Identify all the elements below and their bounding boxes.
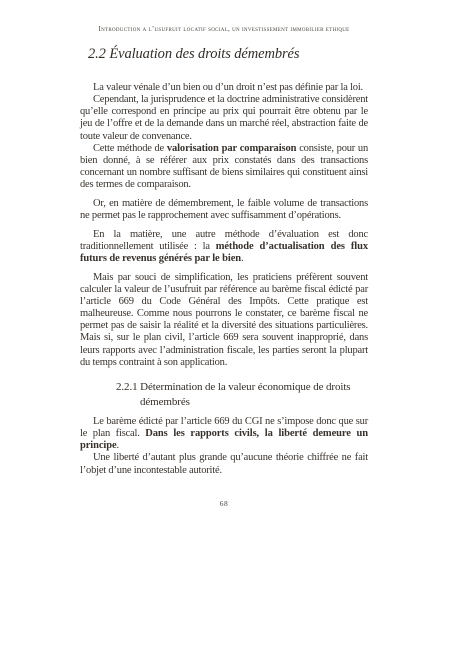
page-number: 68 bbox=[80, 499, 368, 508]
body-text: La valeur vénale d’un bien ou d’un droit… bbox=[80, 82, 368, 477]
paragraph-bareme-fiscal: Mais par souci de simplification, les pr… bbox=[80, 272, 368, 369]
subsection-title: 2.2.1 Détermination de la valeur économi… bbox=[116, 380, 382, 410]
section-title: 2.2 Évaluation des droits démembrés bbox=[88, 45, 368, 63]
paragraph-valorisation-comparaison: Cette méthode de valorisation par compar… bbox=[80, 143, 368, 192]
page-content: Introduction a l’usufruit locatif social… bbox=[80, 25, 368, 508]
paragraph-jurisprudence: Cependant, la jurisprudence et la doctri… bbox=[80, 94, 368, 143]
paragraph-bareme-cgi: Le barème édicté par l’article 669 du CG… bbox=[80, 416, 368, 452]
document-page: Introduction a l’usufruit locatif social… bbox=[0, 0, 460, 650]
paragraph-liberte: Une liberté d’autant plus grande qu’aucu… bbox=[80, 452, 368, 476]
paragraph-demembrement-volume: Or, en matière de démembrement, le faibl… bbox=[80, 198, 368, 222]
running-header: Introduction a l’usufruit locatif social… bbox=[80, 25, 368, 33]
paragraph-valeur-venale: La valeur vénale d’un bien ou d’un droit… bbox=[80, 82, 368, 94]
paragraph-methode-actualisation: En la matière, une autre méthode d’évalu… bbox=[80, 229, 368, 265]
